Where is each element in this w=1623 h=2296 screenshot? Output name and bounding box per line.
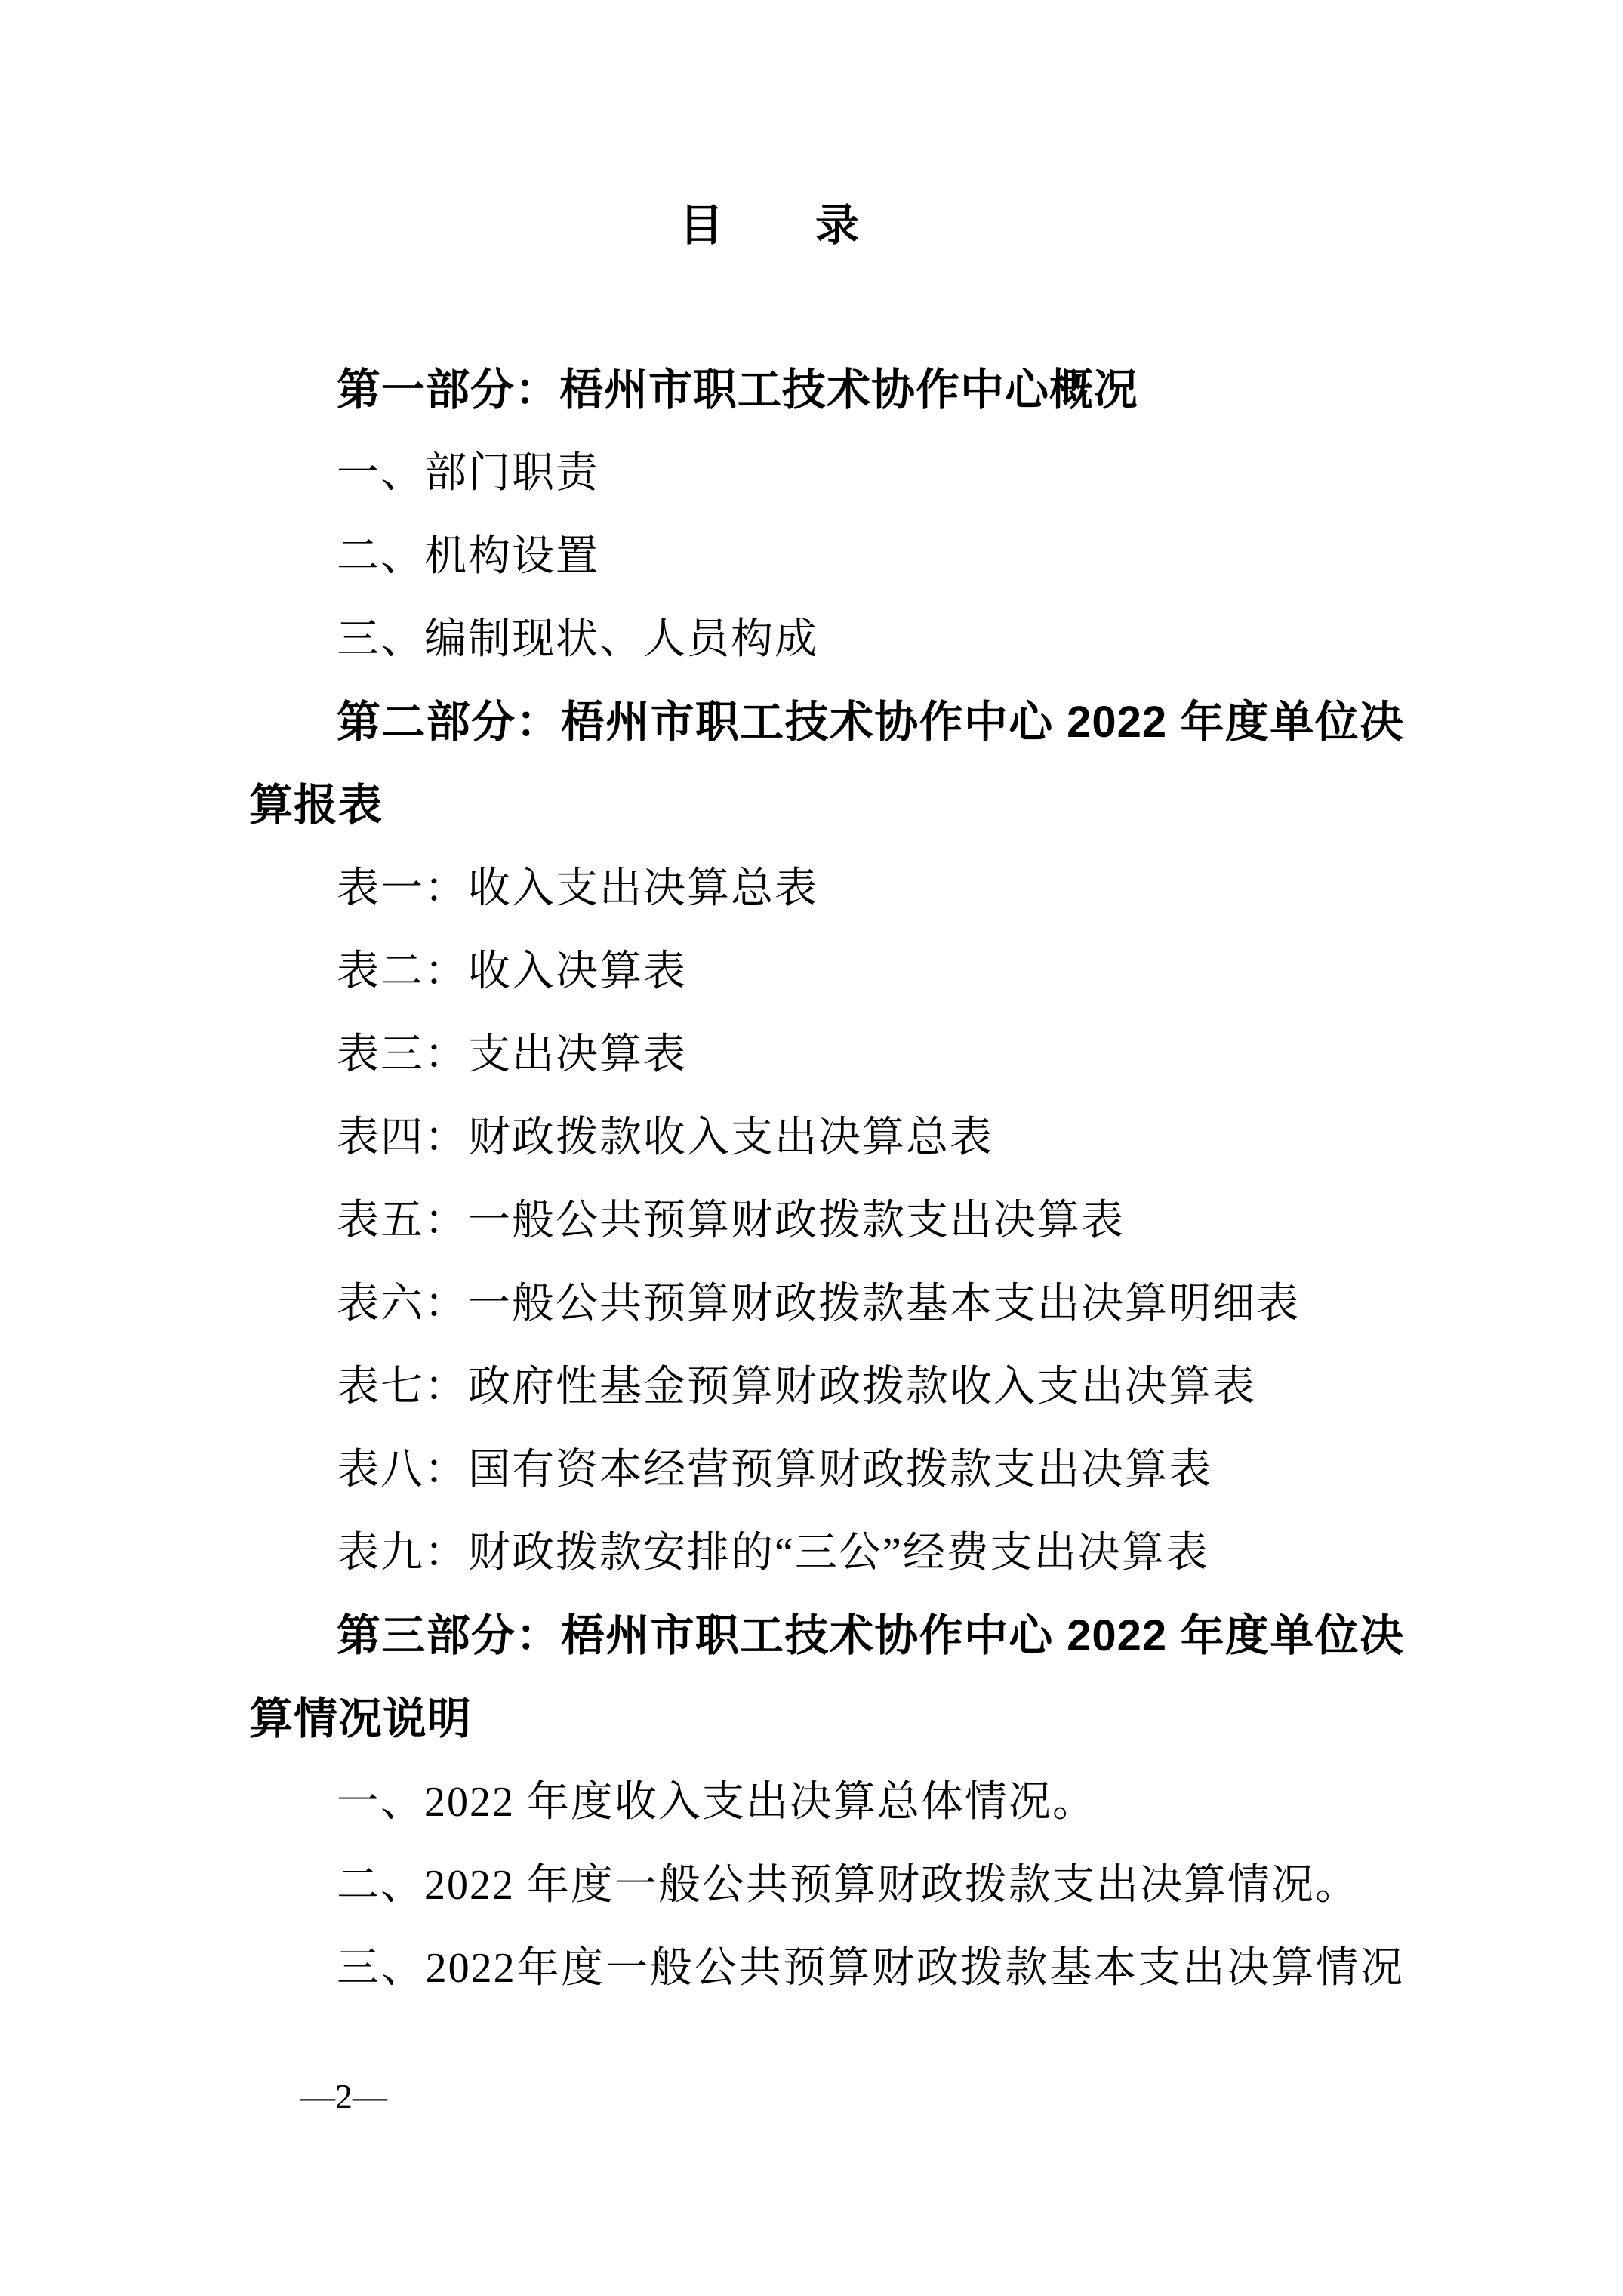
toc-line: 二、2022 年度一般公共预算财政拨款支出决算情况。 [249,1844,1404,1927]
toc-line-text: 表七：政府性基金预算财政拨款收入支出决算表 [337,1364,1256,1410]
document-page: 目 录 第一部分：梧州市职工技术协作中心概况一、部门职责二、机构设置三、编制现状… [0,0,1623,2296]
toc-line-text: 表一：收入支出决算总表 [337,865,818,912]
toc-line: 表二：收入决算表 [249,930,1404,1013]
toc-line-text: 表九：财政拨款安排的“三公”经费支出决算表 [337,1530,1209,1576]
toc: 第一部分：梧州市职工技术协作中心概况一、部门职责二、机构设置三、编制现状、人员构… [249,349,1404,2010]
toc-line-text: 算情况说明 [249,1694,472,1743]
toc-line: 第二部分：梧州市职工技术协作中心 2022 年度单位决 [249,681,1404,764]
toc-line: 一、部门职责 [249,432,1404,515]
toc-line: 三、编制现状、人员构成 [249,598,1404,681]
toc-line: 算情况说明 [249,1678,1404,1761]
toc-line: 表一：收入支出决算总表 [249,847,1404,930]
toc-line: 表五：一般公共预算财政拨款支出决算表 [249,1179,1404,1262]
toc-line: 表七：政府性基金预算财政拨款收入支出决算表 [249,1345,1404,1428]
toc-line: 第一部分：梧州市职工技术协作中心概况 [249,349,1404,432]
toc-line: 第三部分：梧州市职工技术协作中心 2022 年度单位决 [249,1595,1404,1678]
toc-line-text: 算报表 [249,781,383,830]
toc-line: 三、2022年度一般公共预算财政拨款基本支出决算情况 [249,1927,1404,2010]
toc-line-text: 表八：国有资本经营预算财政拨款支出决算表 [337,1447,1212,1493]
page-title: 目 录 [0,184,1540,267]
toc-line-text: 表四：财政拨款收入支出决算总表 [337,1114,993,1161]
toc-line-text: 三、2022年度一般公共预算财政拨款基本支出决算情况 [337,1945,1404,1992]
toc-line-text: 第一部分：梧州市职工技术协作中心概况 [337,365,1138,415]
page-number: —2— [300,2070,387,2123]
toc-line-text: 表五：一般公共预算财政拨款支出决算表 [337,1197,1125,1244]
toc-line-text: 表三：支出决算表 [337,1031,687,1078]
toc-line: 表四：财政拨款收入支出决算总表 [249,1096,1404,1179]
toc-line-text: 一、部门职责 [337,450,599,497]
toc-line-text: 表二：收入决算表 [337,948,687,995]
toc-line-text: 第三部分：梧州市职工技术协作中心 2022 年度单位决 [337,1611,1404,1660]
toc-line-text: 表六：一般公共预算财政拨款基本支出决算明细表 [337,1281,1300,1327]
toc-line: 一、2022 年度收入支出决算总体情况。 [249,1761,1404,1844]
toc-line: 算报表 [249,764,1404,847]
toc-line-text: 一、2022 年度收入支出决算总体情况。 [337,1779,1096,1826]
toc-line-text: 三、编制现状、人员构成 [337,616,818,663]
toc-line: 表六：一般公共预算财政拨款基本支出决算明细表 [249,1262,1404,1345]
toc-line: 二、机构设置 [249,515,1404,598]
toc-line-text: 二、机构设置 [337,533,599,580]
toc-line: 表三：支出决算表 [249,1013,1404,1096]
toc-line: 表八：国有资本经营预算财政拨款支出决算表 [249,1428,1404,1512]
toc-line: 表九：财政拨款安排的“三公”经费支出决算表 [249,1512,1404,1595]
toc-line-text: 二、2022 年度一般公共预算财政拨款支出决算情况。 [337,1862,1359,1909]
toc-line-text: 第二部分：梧州市职工技术协作中心 2022 年度单位决 [337,698,1404,747]
